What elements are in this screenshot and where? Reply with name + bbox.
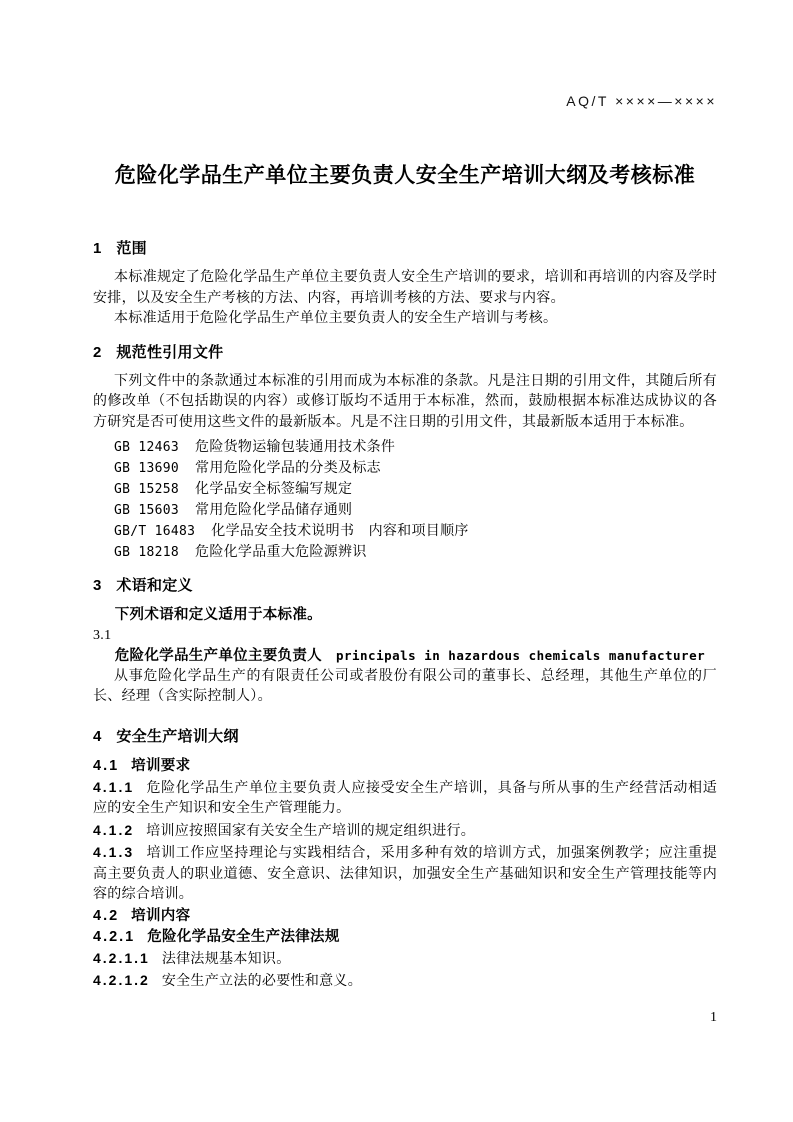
section-4-1-title: 培训要求 [131,758,190,774]
reference-title: 危险化学品重大危险源辨识 [195,545,367,560]
terms-intro: 下列术语和定义适用于本标准。 [93,605,717,626]
clause-number: 4.2.1.2 [93,972,150,988]
reference-title: 化学品安全技术说明书 内容和项目顺序 [211,524,468,539]
reference-item: GB 15258化学品安全标签编写规定 [93,479,717,500]
clause-4-1-2: 4.1.2培训应按照国家有关安全生产培训的规定组织进行。 [93,820,717,843]
clause-4-2-1-2: 4.2.1.2安全生产立法的必要性和意义。 [93,970,717,993]
reference-title: 常用危险化学品储存通则 [195,503,352,518]
reference-list: GB 12463危险货物运输包装通用技术条件 GB 13690常用危险化学品的分… [93,437,717,563]
reference-title: 化学品安全标签编写规定 [195,482,352,497]
reference-code: GB 13690 [114,461,179,476]
clause-number: 4.2.1.1 [93,950,150,966]
scope-paragraph-2: 本标准适用于危险化学品生产单位主要负责人的安全生产培训与考核。 [93,309,717,330]
clause-4-1-1: 4.1.1危险化学品生产单位主要负责人应接受安全生产培训，具备与所从事的生产经营… [93,777,717,820]
chapter-1-number: 1 [93,240,102,257]
section-4-2-number: 4.2 [93,908,119,924]
reference-code: GB 18218 [114,545,179,560]
reference-title: 危险货物运输包装通用技术条件 [195,440,395,455]
chapter-3-number: 3 [93,577,102,594]
reference-code: GB 12463 [114,440,179,455]
document-body: 危险化学品生产单位主要负责人安全生产培训大纲及考核标准 1范围 本标准规定了危险… [93,160,717,993]
clause-text: 培训工作应坚持理论与实践相结合，采用多种有效的培训方式，加强案例教学；应注重提高… [93,846,717,902]
chapter-2-number: 2 [93,344,102,361]
section-4-2-title: 培训内容 [131,908,190,924]
clause-number: 4.1.1 [93,779,134,795]
scope-paragraph-1: 本标准规定了危险化学品生产单位主要负责人安全生产培训的要求，培训和再培训的内容及… [93,268,717,309]
document-page: AQ/T ××××—×××× 危险化学品生产单位主要负责人安全生产培训大纲及考核… [0,0,793,1122]
term-definition-body: 从事危险化学品生产的有限责任公司或者股份有限公司的董事长、总经理，其他生产单位的… [93,667,717,708]
standard-number: AQ/T ××××—×××× [566,93,717,109]
term-en: principals in hazardous chemicals manufa… [336,648,705,663]
reference-code: GB/T 16483 [114,524,195,539]
chapter-3-heading: 3术语和定义 [93,575,717,596]
reference-item: GB 15603常用危险化学品储存通则 [93,500,717,521]
reference-item: GB 12463危险货物运输包装通用技术条件 [93,437,717,458]
section-4-1-number: 4.1 [93,758,119,774]
clause-4-1-3: 4.1.3培训工作应坚持理论与实践相结合，采用多种有效的培训方式，加强案例教学；… [93,842,717,906]
document-title: 危险化学品生产单位主要负责人安全生产培训大纲及考核标准 [93,160,717,192]
clause-4-2-1-1: 4.2.1.1法律法规基本知识。 [93,948,717,971]
chapter-1-title: 范围 [116,240,147,257]
term-zh: 危险化学品生产单位主要负责人 [115,648,322,664]
section-4-2-1-title: 危险化学品安全生产法律法规 [147,929,339,945]
clause-number: 4.1.2 [93,822,134,838]
chapter-3-title: 术语和定义 [116,577,193,594]
clause-text: 安全生产立法的必要性和意义。 [162,974,362,989]
reference-item: GB/T 16483化学品安全技术说明书 内容和项目顺序 [93,521,717,542]
page-number: 1 [710,1010,717,1026]
chapter-2-title: 规范性引用文件 [116,344,223,361]
term-number: 3.1 [93,626,717,647]
section-4-1-heading: 4.1培训要求 [93,756,717,777]
spacer [93,708,717,714]
chapter-4-heading: 4安全生产培训大纲 [93,726,717,747]
clause-text: 危险化学品生产单位主要负责人应接受安全生产培训，具备与所从事的生产经营活动相适应… [93,781,717,817]
chapter-4-title: 安全生产培训大纲 [116,728,238,745]
section-4-2-1-heading: 4.2.1危险化学品安全生产法律法规 [93,927,717,948]
chapter-4-number: 4 [93,728,102,745]
reference-code: GB 15258 [114,482,179,497]
chapter-1-heading: 1范围 [93,238,717,259]
clause-number: 4.1.3 [93,844,134,860]
reference-title: 常用危险化学品的分类及标志 [195,461,381,476]
clause-text: 培训应按照国家有关安全生产培训的规定组织进行。 [146,824,475,839]
reference-code: GB 15603 [114,503,179,518]
reference-item: GB 13690常用危险化学品的分类及标志 [93,458,717,479]
reference-item: GB 18218危险化学品重大危险源辨识 [93,542,717,563]
section-4-2-1-number: 4.2.1 [93,929,135,945]
term-definition-title: 危险化学品生产单位主要负责人principals in hazardous ch… [93,646,717,667]
chapter-2-heading: 2规范性引用文件 [93,342,717,363]
clause-text: 法律法规基本知识。 [162,952,291,967]
section-4-2-heading: 4.2培训内容 [93,906,717,927]
normative-references-paragraph: 下列文件中的条款通过本标准的引用而成为本标准的条款。凡是注日期的引用文件，其随后… [93,372,717,434]
